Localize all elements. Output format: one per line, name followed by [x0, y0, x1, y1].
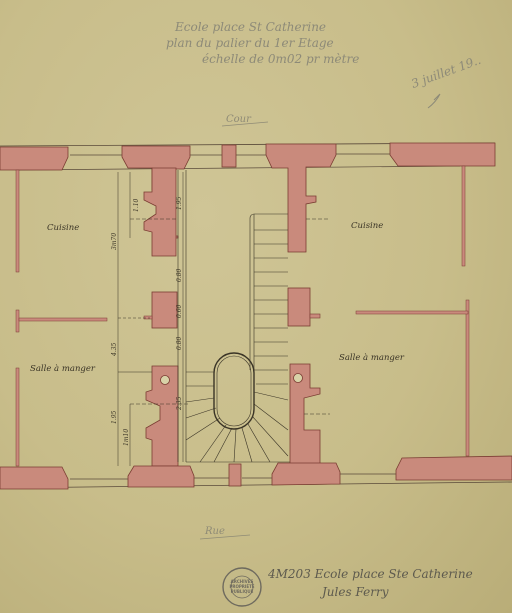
floor-plan-sheet: Ecole place St Catherine plan du palier … — [0, 0, 512, 613]
dim-4: 0.80 — [176, 268, 183, 282]
pencil-mark — [428, 94, 440, 108]
dim-6: 0.80 — [176, 336, 183, 350]
archive-stamp: ARCHIVES PROPRIÉTÉ PUBLIQUE — [223, 568, 261, 606]
room-label-salle-left: Salle à manger — [30, 363, 96, 374]
pencil-note: 3 juillet 19.. — [409, 53, 482, 91]
dim-5: 0.60 — [176, 304, 183, 318]
floor-plan-drawing: Ecole place St Catherine plan du palier … — [0, 0, 512, 613]
svg-text:PUBLIQUE: PUBLIQUE — [231, 589, 254, 594]
dim-9: 1.95 — [111, 410, 118, 424]
dim-7: 2.35 — [176, 396, 183, 411]
archive-reference: 4M203 Ecole place Ste Catherine — [267, 567, 473, 581]
dim-2: 3m70 — [111, 233, 118, 250]
title-line-1: Ecole place St Catherine — [174, 20, 326, 34]
title-line-2: plan du palier du 1er Etage — [166, 36, 334, 50]
archive-reference-line2: Jules Ferry — [319, 585, 389, 599]
dim-10: 1m10 — [123, 429, 130, 446]
dim-1: 1.10 — [133, 198, 140, 212]
room-label-cuisine-left: Cuisine — [47, 223, 79, 233]
dim-3: 1.95 — [176, 196, 183, 210]
title-line-3: échelle de 0m02 pr mètre — [202, 52, 359, 66]
dim-8: 4.35 — [111, 342, 118, 357]
title-block: Ecole place St Catherine plan du palier … — [166, 20, 483, 108]
top-facade — [0, 143, 495, 252]
partitions — [16, 166, 469, 466]
staircase — [178, 170, 290, 462]
room-label-cuisine-right: Cuisine — [351, 221, 383, 231]
orientation-bottom-label: Rue — [204, 526, 225, 537]
right-chimney-walls — [288, 288, 320, 466]
bottom-facade — [0, 456, 512, 489]
room-label-salle-right: Salle à manger — [339, 352, 405, 363]
